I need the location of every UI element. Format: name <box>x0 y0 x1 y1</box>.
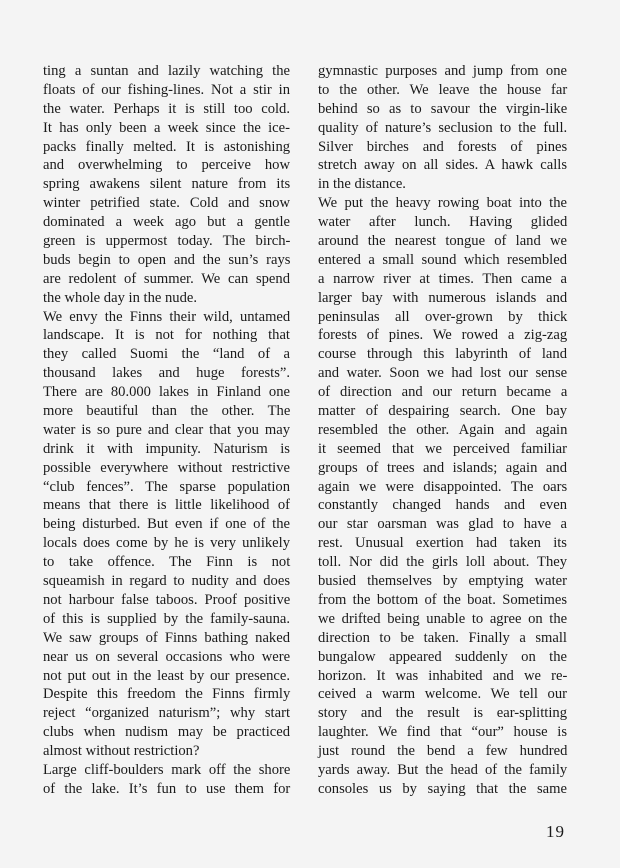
text-line: being disturbed. But even if one of the <box>43 515 290 534</box>
text-line: Despite this freedom the Finns firmly <box>43 685 290 704</box>
text-line: ting a suntan and lazily watching the <box>43 62 290 81</box>
text-line: water is so pure and clear that you may <box>43 421 290 440</box>
text-line: floats of our fishing-lines. Not a stir … <box>43 81 290 100</box>
text-line: of this is supplied by the family-sauna. <box>43 610 290 629</box>
text-line: almost without restriction? <box>43 742 290 761</box>
text-line: we drifted being unable to agree on the <box>318 610 567 629</box>
text-line: forests of pines. We rowed a zig-zag <box>318 326 567 345</box>
text-line: more beautiful than the other. The <box>43 402 290 421</box>
text-line: Large cliff-boulders mark off the shore <box>43 761 290 780</box>
text-line: horizon. It was inhabited and we re- <box>318 667 567 686</box>
text-line: buds begin to open and the sun’s rays <box>43 251 290 270</box>
text-line: and overwhelming to perceive how <box>43 156 290 175</box>
text-line: again we were disappointed. The oars <box>318 478 567 497</box>
text-line: means that there is little likelihood of <box>43 496 290 515</box>
text-line: We saw groups of Finns bathing naked <box>43 629 290 648</box>
right-text-column: gymnastic purposes and jump from oneto t… <box>318 62 567 799</box>
text-line: it seemed that we perceived familiar <box>318 440 567 459</box>
text-line: consoles us by saying that the same <box>318 780 567 799</box>
text-line: toll. Nor did the girls loll about. They <box>318 553 567 572</box>
text-line: ceived a warm welcome. We tell our <box>318 685 567 704</box>
text-line: squeamish in regard to nudity and does <box>43 572 290 591</box>
text-line: There are 80.000 lakes in Finland one <box>43 383 290 402</box>
text-line: packs finally melted. It is astonishing <box>43 138 290 157</box>
text-line: winter petrified state. Cold and snow <box>43 194 290 213</box>
page-number: 19 <box>546 822 565 842</box>
text-line: behind so as to savour the virgin-like <box>318 100 567 119</box>
text-line: busied themselves by emptying water <box>318 572 567 591</box>
text-line: they called Suomi the “land of a <box>43 345 290 364</box>
text-line: are redolent of summer. We can spend <box>43 270 290 289</box>
text-line: groups of trees and islands; again and <box>318 459 567 478</box>
text-line: clubs when nudism may be practiced <box>43 723 290 742</box>
text-line: laughter. We find that “our” house is <box>318 723 567 742</box>
text-line: from the bottom of the boat. Sometimes <box>318 591 567 610</box>
text-line: dominated a week ago but a gentle <box>43 213 290 232</box>
text-line: quality of nature’s seclusion to the ful… <box>318 119 567 138</box>
text-line: to take offence. The Finn is not <box>43 553 290 572</box>
text-line: water after lunch. Having glided <box>318 213 567 232</box>
text-line: drink it with impunity. Naturism is <box>43 440 290 459</box>
text-line: gymnastic purposes and jump from one <box>318 62 567 81</box>
text-line: and water. Soon we had lost our sense <box>318 364 567 383</box>
text-line: our star oarsman was glad to have a <box>318 515 567 534</box>
text-line: to the other. We leave the house far <box>318 81 567 100</box>
text-line: larger bay with numerous islands and <box>318 289 567 308</box>
text-line: the whole day in the nude. <box>43 289 290 308</box>
text-line: It has only been a week since the ice- <box>43 119 290 138</box>
text-line: not harbour false taboos. Proof positive <box>43 591 290 610</box>
text-line: not put out in the least by our presence… <box>43 667 290 686</box>
text-line: a narrow river at times. Then came a <box>318 270 567 289</box>
text-line: of direction and our return became a <box>318 383 567 402</box>
text-line: constantly changed hands and even <box>318 496 567 515</box>
text-line: course through this labyrinth of land <box>318 345 567 364</box>
text-line: stretch away on all sides. A hawk calls <box>318 156 567 175</box>
text-line: bungalow appeared suddenly on the <box>318 648 567 667</box>
text-line: possible everywhere without restrictive <box>43 459 290 478</box>
text-line: peninsulas all over-grown by thick <box>318 308 567 327</box>
text-line: green is uppermost today. The birch- <box>43 232 290 251</box>
text-line: rest. Unusual exertion had taken its <box>318 534 567 553</box>
text-line: We put the heavy rowing boat into the <box>318 194 567 213</box>
text-line: spring awakens silent nature from its <box>43 175 290 194</box>
text-line: story and the result is ear-splitting <box>318 704 567 723</box>
text-line: “club fences”. The sparse population <box>43 478 290 497</box>
text-line: locals does come by he is very unlikely <box>43 534 290 553</box>
left-text-column: ting a suntan and lazily watching theflo… <box>43 62 290 799</box>
text-line: entered a small sound which resembled <box>318 251 567 270</box>
text-line: landscape. It is not for nothing that <box>43 326 290 345</box>
text-line: reject “organized naturism”; why start <box>43 704 290 723</box>
text-line: just round the bend a few hundred <box>318 742 567 761</box>
text-line: of the lake. It’s fun to use them for <box>43 780 290 799</box>
text-line: Silver birches and forests of pines <box>318 138 567 157</box>
text-line: yards away. But the head of the family <box>318 761 567 780</box>
text-line: in the distance. <box>318 175 567 194</box>
text-line: near us on several occasions who were <box>43 648 290 667</box>
text-line: thousand lakes and huge forests”. <box>43 364 290 383</box>
text-line: direction to be taken. Finally a small <box>318 629 567 648</box>
text-line: the water. Perhaps it is still too cold. <box>43 100 290 119</box>
text-line: resembled the other. Again and again <box>318 421 567 440</box>
text-line: matter of despairing search. One bay <box>318 402 567 421</box>
text-line: We envy the Finns their wild, untamed <box>43 308 290 327</box>
text-line: around the nearest tongue of land we <box>318 232 567 251</box>
